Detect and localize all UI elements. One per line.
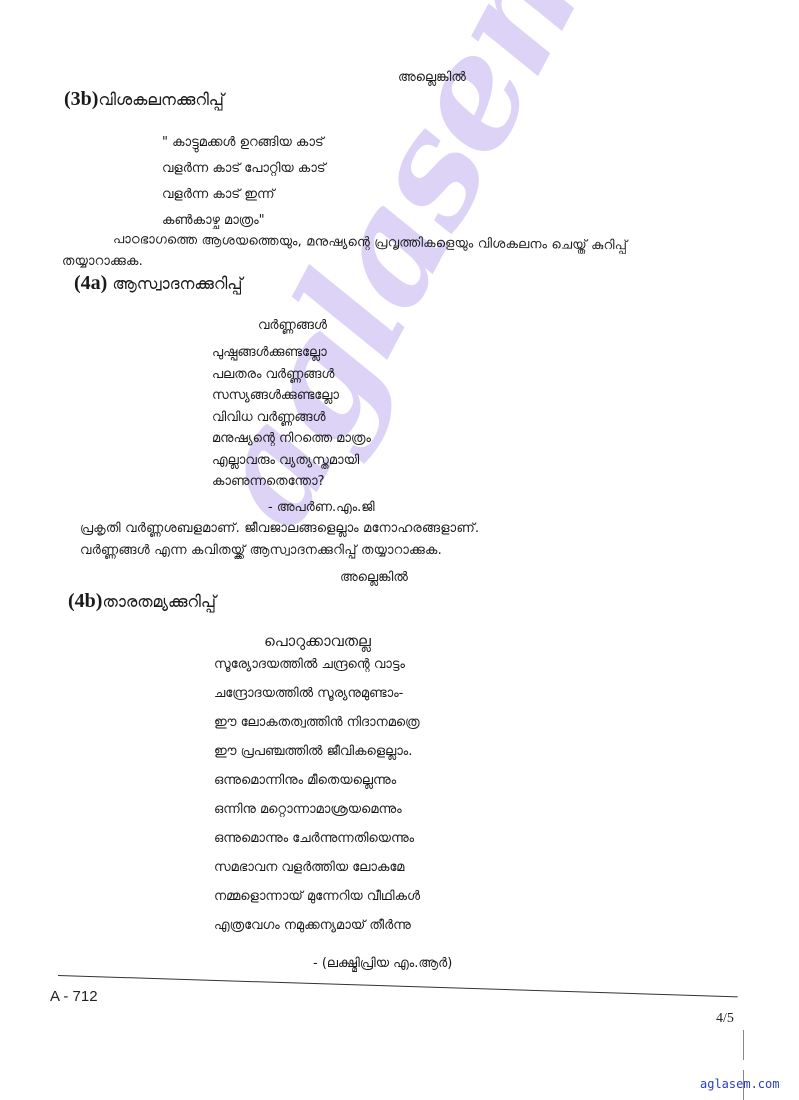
poem-line: പലതരം വർണ്ണങ്ങൾ (212, 364, 371, 386)
poem-line: സമഭാവന വളർത്തിയ ലോകമേ (214, 853, 420, 882)
question-title: വിശകലനക്കുറിപ്പ് (98, 90, 223, 109)
question-title: താരതമ്യക്കുറിപ്പ് (102, 592, 216, 611)
question-3b-heading: (3b)വിശകലനക്കുറിപ്പ് (64, 88, 224, 111)
question-3b-instruction-2: തയ്യാറാക്കുക. (62, 254, 143, 269)
question-4a-instruction-2: വർണ്ണങ്ങൾ എന്ന കവിതയ്ക്ക് ആസ്വാദനക്കുറിപ… (80, 543, 442, 558)
scan-artifact-line (743, 1030, 744, 1060)
question-4a-heading: (4a) ആസ്വാദനക്കുറിപ്പ് (74, 272, 242, 295)
question-4a-instruction-1: പ്രകൃതി വർണ്ണശബളമാണ്. ജീവജാലങ്ങളെല്ലാം മ… (80, 521, 479, 536)
poem-line: ഒന്നിനു മറ്റൊന്നാമാശ്രയമെന്നും (214, 795, 420, 824)
question-number: (3b) (64, 88, 98, 110)
poem-line: വിവിധ വർണ്ണങ്ങൾ (212, 407, 371, 429)
poem-line: ഈ പ്രപഞ്ചത്തിൽ ജീവികളെല്ലാം. (214, 737, 420, 766)
poem-line: സൂര്യോദയത്തിൽ ചന്ദ്രന്റെ വാട്ടം (214, 650, 420, 679)
poem-title: പൊറുക്കാവതല്ല (264, 632, 371, 650)
poem-line: എല്ലാവരും വ്യത്യസ്തമായി (212, 450, 371, 472)
or-divider-top: അല്ലെങ്കിൽ (398, 70, 466, 85)
poem-line: ഒന്നുമൊന്നും ചേർന്നുന്നതിയെന്നും (214, 824, 420, 853)
poem-line: പുഷ്പങ്ങൾക്കുണ്ടല്ലോ (212, 342, 371, 364)
question-4b-poem: സൂര്യോദയത്തിൽ ചന്ദ്രന്റെ വാട്ടം ചന്ദ്രോദ… (214, 650, 420, 940)
poem-line: എത്രവേഗം നമുക്കന്യമായ് തീർന്നു (214, 911, 420, 940)
paper-code: A - 712 (50, 988, 98, 1005)
poem-title: വർണ്ണങ്ങൾ (258, 318, 327, 333)
page-number: 4/5 (716, 1011, 734, 1027)
site-watermark: aglasem.com (700, 1077, 779, 1091)
poem-line: മനുഷ്യന്റെ നിറത്തെ മാത്രം (212, 428, 371, 450)
poem-line: സസ്യങ്ങൾക്കുണ്ടല്ലോ (212, 385, 371, 407)
question-number: (4a) (74, 272, 107, 294)
poem-line: ഒന്നുമൊന്നിനും മീതെയല്ലെന്നും (214, 766, 420, 795)
question-3b-poem: " കാട്ടുമക്കൾ ഉറങ്ങിയ കാട് വളർന്ന കാട് പ… (162, 130, 326, 234)
question-4b-heading: (4b)താരതമ്യക്കുറിപ്പ് (68, 590, 216, 613)
poem-line: ഈ ലോകതത്വത്തിൻ നിദാനമത്രെ (214, 708, 420, 737)
poem-line: നമ്മളൊന്നായ് മുന്നേറിയ വീഥികൾ (214, 882, 420, 911)
poem-author: - (ലക്ഷ്മിപ്രിയ എം.ആർ) (313, 956, 452, 971)
poem-line: " കാട്ടുമക്കൾ ഉറങ്ങിയ കാട് (162, 130, 326, 156)
question-title: ആസ്വാദനക്കുറിപ്പ് (112, 274, 242, 293)
poem-author: - അപർണ.എം.ജി (268, 500, 375, 515)
footer-rule (58, 975, 738, 997)
poem-line: ചന്ദ്രോദയത്തിൽ സൂര്യനുമുണ്ടാം- (214, 679, 420, 708)
question-4a-poem: പുഷ്പങ്ങൾക്കുണ്ടല്ലോ പലതരം വർണ്ണങ്ങൾ സസ്… (212, 342, 371, 493)
poem-line: കൺകാഴ്ച മാത്രം" (162, 208, 326, 234)
poem-line: കാണുന്നതെന്തോ? (212, 471, 371, 493)
poem-line: വളർന്ന കാട് പോറ്റിയ കാട് (162, 156, 326, 182)
question-3b-instruction-1: പാഠഭാഗത്തെ ആശയത്തെയും, മനുഷ്യന്റെ പ്രവൃത… (113, 232, 627, 253)
or-divider-mid: അല്ലെങ്കിൽ (340, 570, 408, 585)
question-number: (4b) (68, 590, 102, 612)
poem-line: വളർന്ന കാട് ഇന്ന് (162, 182, 326, 208)
